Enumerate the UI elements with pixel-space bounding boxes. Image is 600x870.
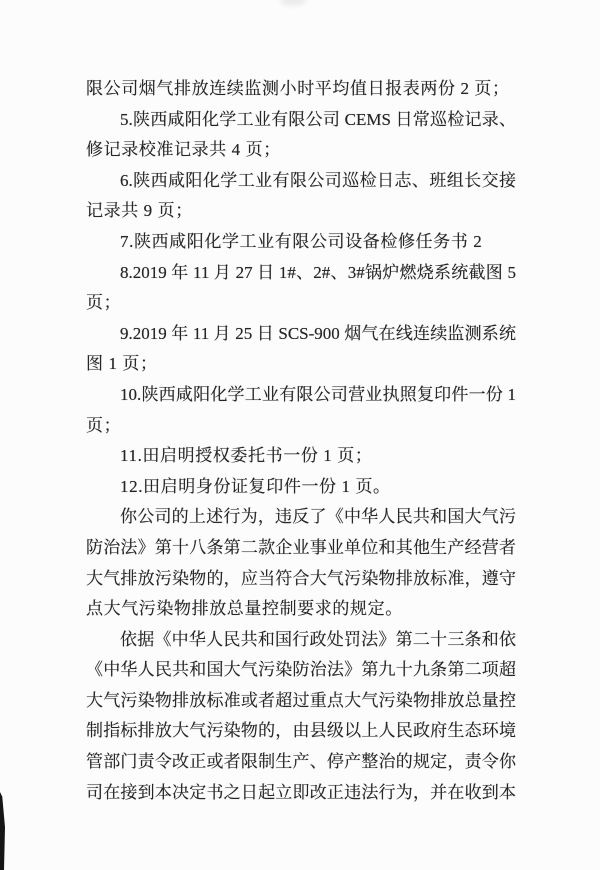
text-line-item8-cont: 页； [86, 288, 516, 319]
text-line-legal-p2-l5: 管部门责令改正或者限制生产、停产整治的规定，责令你公 [86, 747, 516, 778]
scan-edge-artifact [0, 792, 5, 870]
text-line-legal-p2-l3: 大气污染物排放标准或者超过重点大气污染物排放总量控 [86, 686, 516, 717]
text-line-item10-cont: 页； [86, 411, 516, 442]
text-line-item6: 6.陕西咸阳化学工业有限公司巡检日志、班组长交接班 [86, 166, 516, 197]
text-line-item9-cont: 图 1 页； [86, 349, 516, 380]
text-line-violation-p1-l3: 大气排放污染物的，应当符合大气污染物排放标准，遵守重 [86, 564, 516, 595]
document-body: 限公司烟气排放连续监测小时平均值日报表两份 2 页； 5.陕西咸阳化学工业有限公… [86, 74, 516, 808]
text-line-legal-p2-l6: 司在接到本决定书之日起立即改正违法行为，并在收到本通 [86, 778, 516, 809]
text-line-item8: 8.2019 年 11 月 27 日 1#、2#、3#锅炉燃烧系统截图 5 [86, 258, 516, 289]
text-line-item5: 5.陕西咸阳化学工业有限公司 CEMS 日常巡检记录、维 [86, 105, 516, 136]
text-line-item10: 10.陕西咸阳化学工业有限公司营业执照复印件一份 1 [86, 380, 516, 411]
scan-smudge-artifact [280, 0, 306, 6]
text-line-item6-cont: 记录共 9 页； [86, 196, 516, 227]
scanned-document-page: 限公司烟气排放连续监测小时平均值日报表两份 2 页； 5.陕西咸阳化学工业有限公… [0, 0, 600, 870]
text-line-item9: 9.2019 年 11 月 25 日 SCS-900 烟气在线连续监测系统截 [86, 319, 516, 350]
text-line-violation-p1-l2: 防治法》第十八条第二款企业事业单位和其他生产经营者向 [86, 533, 516, 564]
text-line-violation-p1-l4: 点大气污染物排放总量控制要求的规定。 [86, 594, 516, 625]
text-line-item12: 12.田启明身份证复印件一份 1 页。 [86, 472, 516, 503]
text-line-continuation-item4: 限公司烟气排放连续监测小时平均值日报表两份 2 页； [86, 74, 516, 105]
text-line-item5-cont: 修记录校准记录共 4 页； [86, 135, 516, 166]
text-line-legal-p2-l1: 依据《中华人民共和国行政处罚法》第二十三条和依据 [86, 625, 516, 656]
text-line-legal-p2-l4: 制指标排放大气污染物的，由县级以上人民政府生态环境主 [86, 716, 516, 747]
text-line-violation-p1-l1: 你公司的上述行为，违反了《中华人民共和国大气污染 [86, 502, 516, 533]
text-line-legal-p2-l2: 《中华人民共和国大气污染防治法》第九十九条第二项超过 [86, 655, 516, 686]
text-line-item11: 11.田启明授权委托书一份 1 页； [86, 441, 516, 472]
text-line-item7: 7.陕西咸阳化学工业有限公司设备检修任务书 2 页； [86, 227, 516, 258]
